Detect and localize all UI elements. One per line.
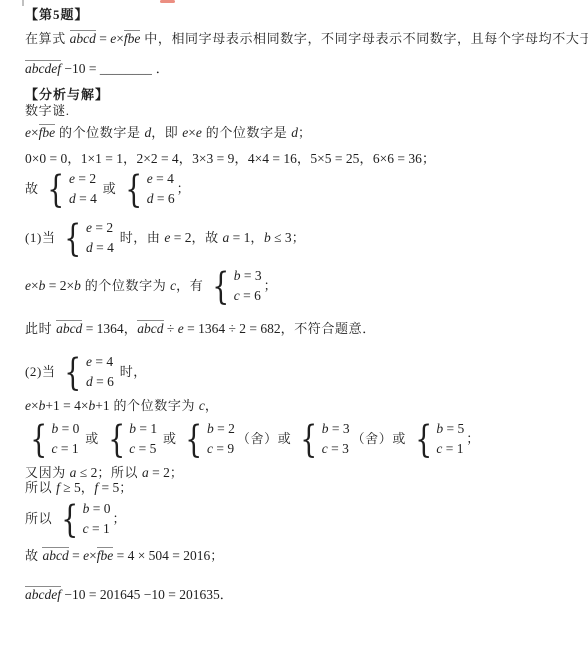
document-page: 【第5题】 在算式 abcd = e×fbe 中，相同字母表示相同数字，不同字母… xyxy=(0,0,588,657)
math-num-run: = 1364 xyxy=(82,321,123,336)
math-num-run: = 4 xyxy=(76,191,97,206)
math-num-run: × xyxy=(31,125,39,140)
brace-icon: { xyxy=(30,421,47,458)
math-num-run: × xyxy=(116,31,124,46)
line-answer-blank: abcdef −10 = ________ ． xyxy=(25,60,169,77)
text-run: 所以 xyxy=(25,480,56,495)
math-var-run: b xyxy=(74,278,81,293)
case-brace-group: {b = 2c = 9 xyxy=(182,421,234,458)
case-row: b = 1 xyxy=(129,421,157,438)
math-num-run: = 1364 ÷ 2 = 682 xyxy=(184,321,281,336)
brace-icon: { xyxy=(213,268,230,305)
text-run: ， xyxy=(250,230,264,245)
text-run: ． xyxy=(152,61,169,76)
case-row: e = 2 xyxy=(86,220,114,237)
case-rows: e = 4d = 6 xyxy=(86,354,114,391)
case-row: c = 1 xyxy=(52,441,80,458)
case-brace-group: {b = 5c = 1 xyxy=(412,421,464,458)
brace-icon: { xyxy=(65,220,82,257)
text-run: ； xyxy=(119,480,133,495)
overline-term: abcdef xyxy=(25,586,61,602)
text-run: ， xyxy=(124,321,138,336)
case-row: b = 5 xyxy=(436,421,464,438)
text-run: 时， xyxy=(116,364,147,379)
case-row: c = 9 xyxy=(207,441,235,458)
text-run: 或 xyxy=(99,181,120,196)
brace-icon: { xyxy=(48,171,65,208)
line-case2-units: e×b+1 = 4×b+1 的个位数字为 c， xyxy=(25,397,219,414)
line-deduce-f: 所以 f ≥ 5，f = 5； xyxy=(25,479,133,496)
case-brace-group: {b = 0c = 1 xyxy=(58,501,110,538)
text-run: 此时 xyxy=(25,321,56,336)
text-run: (1)当 xyxy=(25,230,59,245)
case-row: e = 4 xyxy=(86,354,114,371)
math-var-run: d xyxy=(69,191,76,206)
math-num-run: ÷ xyxy=(164,321,178,336)
math-var-run: b xyxy=(234,268,241,283)
case-brace-group: {e = 2d = 4 xyxy=(44,171,96,208)
text-run: 中，相同字母表示相同数字，不同字母表示不同数字，且每个字母均不大于6．则 xyxy=(140,31,588,46)
math-var-run: d xyxy=(86,240,93,255)
case-row: d = 6 xyxy=(86,374,114,391)
case-rows: b = 1c = 5 xyxy=(129,421,157,458)
overline-term: fbe xyxy=(97,547,114,563)
line-deduce-bc: 所以 {b = 0c = 1； xyxy=(25,501,126,538)
analysis-header-text: 【分析与解】 xyxy=(25,87,109,102)
text-run: ，不符合题意． xyxy=(281,321,376,336)
math-num-run: = 4 xyxy=(153,171,174,186)
case-row: e = 4 xyxy=(147,171,175,188)
math-num-run: ≤ 2 xyxy=(76,465,97,480)
line-problem-statement: 在算式 abcd = e×fbe 中，相同字母表示相同数字，不同字母表示不同数字… xyxy=(25,30,588,47)
text-run: ； xyxy=(170,465,184,480)
case-rows: e = 2d = 4 xyxy=(86,220,114,257)
text-run: ； xyxy=(264,278,278,293)
math-num-run: = xyxy=(96,31,110,46)
case-row: c = 5 xyxy=(129,441,157,458)
text-run: 或 xyxy=(81,431,102,446)
case-row: c = 6 xyxy=(234,288,262,305)
case-brace-group: {e = 2d = 4 xyxy=(61,220,113,257)
math-num-run: = 6 xyxy=(93,374,114,389)
case-rows: b = 3c = 3 xyxy=(322,421,350,458)
text-run: ； xyxy=(466,431,480,446)
math-num-run: = 4 xyxy=(92,354,113,369)
line-case1-setup: (1)当 {e = 2d = 4 时，由 e = 2，故 a = 1，b ≤ 3… xyxy=(25,220,305,257)
case-rows: b = 3c = 6 xyxy=(234,268,262,305)
text-run: ，故 xyxy=(191,230,222,245)
math-num-run: = 0 xyxy=(58,421,79,436)
math-num-run: = 5 xyxy=(98,480,119,495)
text-run: ； xyxy=(177,181,191,196)
brace-icon: { xyxy=(415,421,432,458)
case-brace-group: {b = 1c = 5 xyxy=(105,421,157,458)
brace-icon: { xyxy=(300,421,317,458)
math-num-run: = xyxy=(69,548,83,563)
text-run: 的个位数字是 xyxy=(202,125,291,140)
math-num-run: × xyxy=(31,278,39,293)
math-num-run: = 3 xyxy=(328,421,349,436)
text-run: ； xyxy=(298,125,312,140)
text-run: ； xyxy=(112,511,126,526)
case-rows: e = 4d = 6 xyxy=(147,171,175,208)
math-num-run: = 4 xyxy=(93,240,114,255)
text-run: 故 xyxy=(25,181,42,196)
math-num-run: = 5 xyxy=(135,441,156,456)
math-num-run: = 2 xyxy=(75,171,96,186)
overline-term: abcdef xyxy=(25,60,61,76)
text-run: 又因为 xyxy=(25,465,70,480)
overline-term: fbe xyxy=(124,30,141,46)
text-run: 时，由 xyxy=(116,230,165,245)
math-num-run: = 6 xyxy=(240,288,261,303)
math-num-run: = 2 xyxy=(149,465,170,480)
text-run: 或 xyxy=(159,431,180,446)
text-run: ，有 xyxy=(176,278,207,293)
line-final-answer: abcdef −10 = 201645 −10 = 201635． xyxy=(25,586,233,603)
overline-term: abcd xyxy=(42,547,68,563)
case-brace-group: {e = 4d = 6 xyxy=(122,171,174,208)
problem-title-text: 【第5题】 xyxy=(25,7,89,22)
math-num-run: = 6 xyxy=(153,191,174,206)
text-run: 故 xyxy=(25,548,42,563)
brace-icon: { xyxy=(108,421,125,458)
math-num-run: = 9 xyxy=(213,441,234,456)
math-var-run: a xyxy=(142,465,149,480)
text-run: 的个位数字是 xyxy=(55,125,144,140)
math-num-run: = 2× xyxy=(45,278,74,293)
overline-term: fbe xyxy=(39,124,56,140)
case-row: b = 2 xyxy=(207,421,235,438)
case-row: c = 3 xyxy=(322,441,350,458)
text-run: ；所以 xyxy=(97,465,142,480)
line-topic-tag: 数字谜. xyxy=(25,102,70,119)
math-num-run: ≤ 3 xyxy=(271,230,292,245)
case-row: b = 0 xyxy=(83,501,111,518)
math-var-run: b xyxy=(207,421,214,436)
math-num-run: +1 xyxy=(95,398,109,413)
line-case1-units: e×b = 2×b 的个位数字为 c，有 {b = 3c = 6； xyxy=(25,268,277,305)
case-row: d = 6 xyxy=(147,191,175,208)
math-num-run: = 3 xyxy=(241,268,262,283)
text-run: 的个位数字为 xyxy=(81,278,170,293)
case-brace-group: {b = 0c = 1 xyxy=(27,421,79,458)
answer-blank: ________ xyxy=(100,61,152,76)
case-row: c = 1 xyxy=(83,521,111,538)
case-row: b = 3 xyxy=(234,268,262,285)
math-num-run: = 1 xyxy=(58,441,79,456)
case-brace-group: {b = 3c = 3 xyxy=(297,421,349,458)
case-brace-group: {e = 4d = 6 xyxy=(61,354,113,391)
square-table-text: 0×0 = 0，1×1 = 1，2×2 = 4，3×3 = 9，4×4 = 16… xyxy=(25,151,435,166)
brace-icon: { xyxy=(65,354,82,391)
math-num-run: = 1 xyxy=(442,441,463,456)
math-num-run: = 5 xyxy=(443,421,464,436)
case-row: c = 1 xyxy=(436,441,464,458)
text-run: (2)当 xyxy=(25,364,59,379)
case-rows: b = 0c = 1 xyxy=(83,501,111,538)
case-row: d = 4 xyxy=(86,240,114,257)
text-run: 在算式 xyxy=(25,31,70,46)
line-problem-title: 【第5题】 xyxy=(25,6,89,23)
math-num-run: = 1 xyxy=(89,521,110,536)
math-num-run: × xyxy=(31,398,39,413)
math-num-run: +1 = 4× xyxy=(45,398,88,413)
overline-term: abcd xyxy=(70,30,96,46)
math-num-run: −10 = xyxy=(61,61,100,76)
math-num-run: × xyxy=(89,548,97,563)
math-num-run: = 2 xyxy=(170,230,191,245)
case-rows: b = 2c = 9 xyxy=(207,421,235,458)
brace-icon: { xyxy=(125,171,142,208)
case-row: e = 2 xyxy=(69,171,97,188)
case-rows: b = 5c = 1 xyxy=(436,421,464,458)
math-num-run: = 0 xyxy=(89,501,110,516)
math-num-run: = 1 xyxy=(229,230,250,245)
grey-artifact-mark xyxy=(22,0,24,6)
topic-tag-text: 数字谜. xyxy=(25,103,70,118)
case-row: b = 0 xyxy=(52,421,80,438)
text-run: ． xyxy=(220,587,234,602)
math-num-run: −10 = 201645 −10 = 201635 xyxy=(61,587,220,602)
text-run: ，即 xyxy=(151,125,182,140)
case-rows: e = 2d = 4 xyxy=(69,171,97,208)
text-run: （舍）或 xyxy=(352,431,410,446)
text-run: （舍）或 xyxy=(237,431,295,446)
math-num-run: = 4 × 504 = 2016 xyxy=(113,548,210,563)
math-num-run: = 2 xyxy=(214,421,235,436)
math-num-run: × xyxy=(188,125,196,140)
brace-icon: { xyxy=(186,421,203,458)
line-case1-check: 此时 abcd = 1364，abcd ÷ e = 1364 ÷ 2 = 682… xyxy=(25,320,376,337)
line-final-product: 故 abcd = e×fbe = 4 × 504 = 2016； xyxy=(25,547,224,564)
case-row: d = 4 xyxy=(69,191,97,208)
text-run: ， xyxy=(205,398,219,413)
math-num-run: = 3 xyxy=(328,441,349,456)
line-analysis-header: 【分析与解】 xyxy=(25,86,109,103)
brace-icon: { xyxy=(61,501,78,538)
line-case2-candidates: {b = 0c = 1 或 {b = 1c = 5 或 {b = 2c = 9（… xyxy=(25,421,480,458)
math-num-run: ≥ 5 xyxy=(60,480,81,495)
text-run: ， xyxy=(81,480,95,495)
case-brace-group: {b = 3c = 6 xyxy=(209,268,261,305)
math-var-run: d xyxy=(291,125,298,140)
text-run: 所以 xyxy=(25,511,56,526)
math-var-run: d xyxy=(86,374,93,389)
overline-term: abcd xyxy=(56,320,82,336)
case-row: b = 3 xyxy=(322,421,350,438)
math-num-run: = 1 xyxy=(136,421,157,436)
text-run: ； xyxy=(210,548,224,563)
text-run: 的个位数字为 xyxy=(110,398,199,413)
overline-term: abcd xyxy=(137,320,163,336)
red-artifact-mark xyxy=(160,0,175,3)
math-num-run: = 2 xyxy=(92,220,113,235)
line-square-table: 0×0 = 0，1×1 = 1，2×2 = 4，3×3 = 9，4×4 = 16… xyxy=(25,150,435,167)
text-run: ； xyxy=(292,230,306,245)
math-var-run: b xyxy=(264,230,271,245)
case-rows: b = 0c = 1 xyxy=(52,421,80,458)
line-two-cases: 故 {e = 2d = 4 或 {e = 4d = 6； xyxy=(25,171,190,208)
line-case2-setup: (2)当 {e = 4d = 6 时， xyxy=(25,354,147,391)
line-units-reasoning: e×fbe 的个位数字是 d，即 e×e 的个位数字是 d； xyxy=(25,124,312,141)
